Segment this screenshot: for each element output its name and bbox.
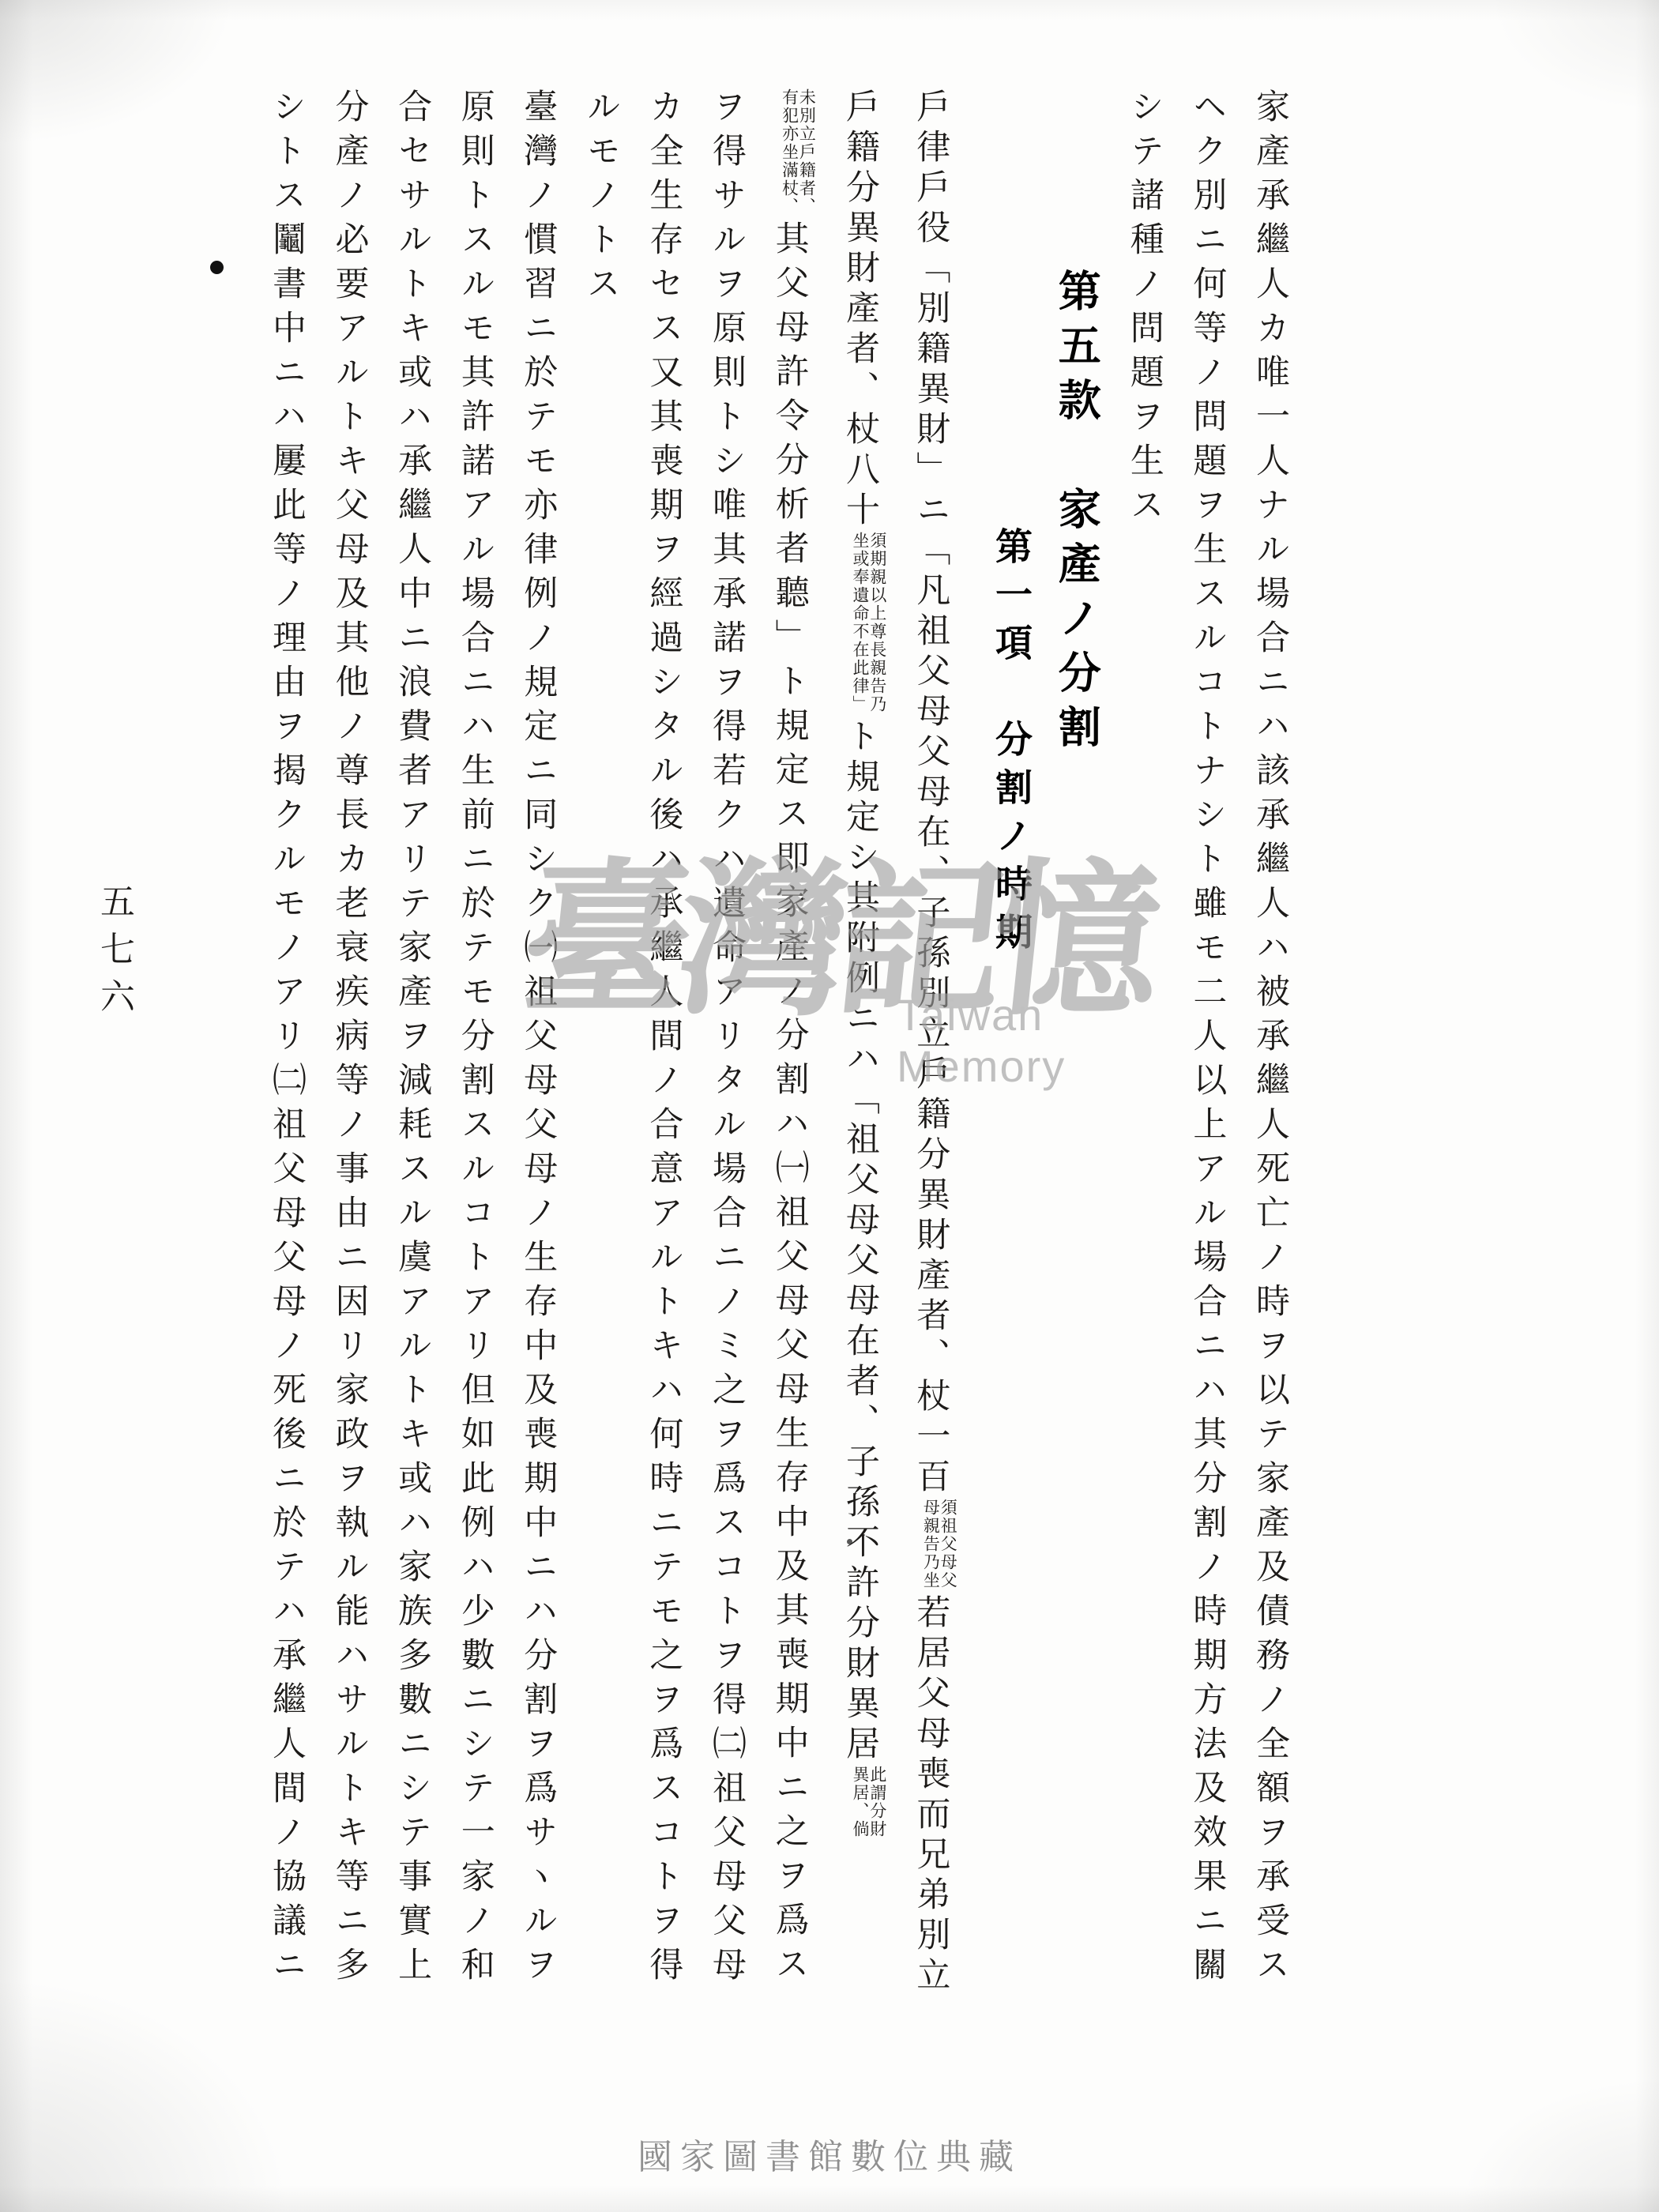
- column-text: ヲ得サルヲ原則トシ唯其承諾ヲ得若クハ遺命アリタル場合ニノミ之ヲ爲スコトヲ得㈡祖父…: [707, 88, 747, 1991]
- column-text: 若居父母喪而兄弟別立: [911, 1594, 950, 1997]
- column-text: シトス鬮書中ニハ屢此等ノ理由ヲ揭クルモノアリ㈡祖父母父母ノ死後ニ於テハ承繼人間ノ…: [267, 88, 307, 1991]
- column-text: 戶籍分異財產者、杖八十: [841, 88, 880, 532]
- column-text: 分產ノ必要アルトキ父母及其他ノ尊長カ老衰疾病等ノ事由ニ因リ家政ヲ執ル能ハサルトキ…: [330, 88, 370, 1991]
- ink-blot-artifact: [210, 261, 224, 274]
- page-number: 五七六: [88, 883, 139, 1025]
- scanned-book-page: { "page": { "page_number": "五七六", "foote…: [0, 0, 1659, 2212]
- column-text: 戶律戶役「別籍異財」ニ「凡祖父母父母在、子孫別立戶籍分異財產者、杖一百: [911, 88, 950, 1499]
- text-column-custom-line-3: 合セサルトキ或ハ承繼人中ニ浪費者アリテ家產ヲ減耗スル虞アルトキ或ハ家族多數ニシテ…: [394, 88, 431, 2048]
- text-column-intro-line-3: シテ諸種ノ問題ヲ生ス: [1126, 88, 1162, 2048]
- interlinear-annotation: 須祖父母父母親告乃坐: [922, 1499, 957, 1594]
- column-text: 第一項 分割ノ時期: [989, 527, 1033, 961]
- interlinear-annotation: 此謂分財異居、倘: [851, 1766, 886, 1843]
- text-column-custom-line-4: 分產ノ必要アルトキ父母及其他ノ尊長カ老衰疾病等ノ事由ニ因リ家政ヲ執ル能ハサルトキ…: [331, 88, 367, 2048]
- text-column-law-line-1: 戶律戶役「別籍異財」ニ「凡祖父母父母在、子孫別立戶籍分異財產者、杖一百須祖父母父…: [912, 88, 956, 2048]
- column-text: ルモノトス: [581, 88, 621, 310]
- text-column-section-heading: 第五款 家產ノ分割: [1054, 88, 1099, 2048]
- column-text: 合セサルトキ或ハ承繼人中ニ浪費者アリテ家產ヲ減耗スル虞アルトキ或ハ家族多數ニシテ…: [393, 88, 432, 1991]
- vertical-text-block: 家產承繼人カ唯一人ナル場合ニハ該承繼人ハ被承繼人死亡ノ時ヲ以テ家產及債務ノ全額ヲ…: [241, 88, 1288, 2048]
- column-text: 其父母許令分析者聽」ト規定ス即家產ノ分割ハ㈠祖父母父母生存中及其喪期中ニ之ヲ爲ス: [770, 220, 810, 1990]
- text-column-item-heading: 第一項 分割ノ時期: [991, 88, 1030, 2048]
- text-column-law-line-2: 戶籍分異財產者、杖八十須期親以上尊長親告乃坐或奉遺命不在此律」ト規定シ其附例ニハ…: [841, 88, 885, 2048]
- column-text: 臺灣ノ慣習ニ於テモ亦律例ノ規定ニ同シク㈠祖父母父母ノ生存中及喪期中ニハ分割ヲ爲サ…: [518, 88, 558, 1991]
- ink-speck-artifact: [847, 1539, 852, 1544]
- column-text: ヘク別ニ何等ノ問題ヲ生スルコトナシト雖モ二人以上アル場合ニハ其分割ノ時期方法及效…: [1187, 88, 1227, 1991]
- column-text: シテ諸種ノ問題ヲ生ス: [1125, 88, 1164, 531]
- text-column-law-line-5: カ全生存セス又其喪期ヲ經過シタル後ハ承繼人間ノ合意アルトキハ何時ニテモ之ヲ爲スコ…: [645, 88, 682, 2048]
- column-text: 原則トスルモ其許諾アル場合ニハ生前ニ於テモ分割スルコトアリ但如此例ハ少數ニシテ一…: [456, 88, 495, 1991]
- text-column-law-line-3: 未別立戶籍者、有犯亦坐滿杖、其父母許令分析者聽」ト規定ス即家產ノ分割ハ㈠祖父母父…: [771, 88, 814, 2048]
- text-column-intro-line-2: ヘク別ニ何等ノ問題ヲ生スルコトナシト雖モ二人以上アル場合ニハ其分割ノ時期方法及效…: [1189, 88, 1225, 2048]
- column-text: 家產承繼人カ唯一人ナル場合ニハ該承繼人ハ被承繼人死亡ノ時ヲ以テ家產及債務ノ全額ヲ…: [1251, 88, 1290, 1991]
- column-text: カ全生存セス又其喪期ヲ經過シタル後ハ承繼人間ノ合意アルトキハ何時ニテモ之ヲ爲スコ…: [644, 88, 683, 1991]
- column-text: ト規定シ其附例ニハ「祖父母父母在者、子孫不許分財異居: [841, 718, 880, 1766]
- text-column-custom-line-2: 原則トスルモ其許諾アル場合ニハ生前ニ於テモ分割スルコトアリ但如此例ハ少數ニシテ一…: [457, 88, 493, 2048]
- interlinear-annotation: 須期親以上尊長親告乃坐或奉遺命不在此律」: [851, 532, 886, 718]
- text-column-law-line-4: ヲ得サルヲ原則トシ唯其承諾ヲ得若クハ遺命アリタル場合ニノミ之ヲ爲スコトヲ得㈡祖父…: [708, 88, 744, 2048]
- text-column-law-line-6: ルモノトス: [582, 88, 619, 2048]
- text-column-intro-line-1: 家產承繼人カ唯一人ナル場合ニハ該承繼人ハ被承繼人死亡ノ時ヲ以テ家產及債務ノ全額ヲ…: [1251, 88, 1288, 2048]
- interlinear-annotation: 未別立戶籍者、有犯亦坐滿杖、: [781, 88, 815, 220]
- column-text: 第五款 家產ノ分割: [1051, 269, 1102, 759]
- footer-library-credit: 國家圖書館數位典藏: [0, 2128, 1659, 2179]
- text-column-custom-line-5: シトス鬮書中ニハ屢此等ノ理由ヲ揭クルモノアリ㈡祖父母父母ノ死後ニ於テハ承繼人間ノ…: [268, 88, 304, 2048]
- text-column-custom-line-1: 臺灣ノ慣習ニ於テモ亦律例ノ規定ニ同シク㈠祖父母父母ノ生存中及喪期中ニハ分割ヲ爲サ…: [520, 88, 556, 2048]
